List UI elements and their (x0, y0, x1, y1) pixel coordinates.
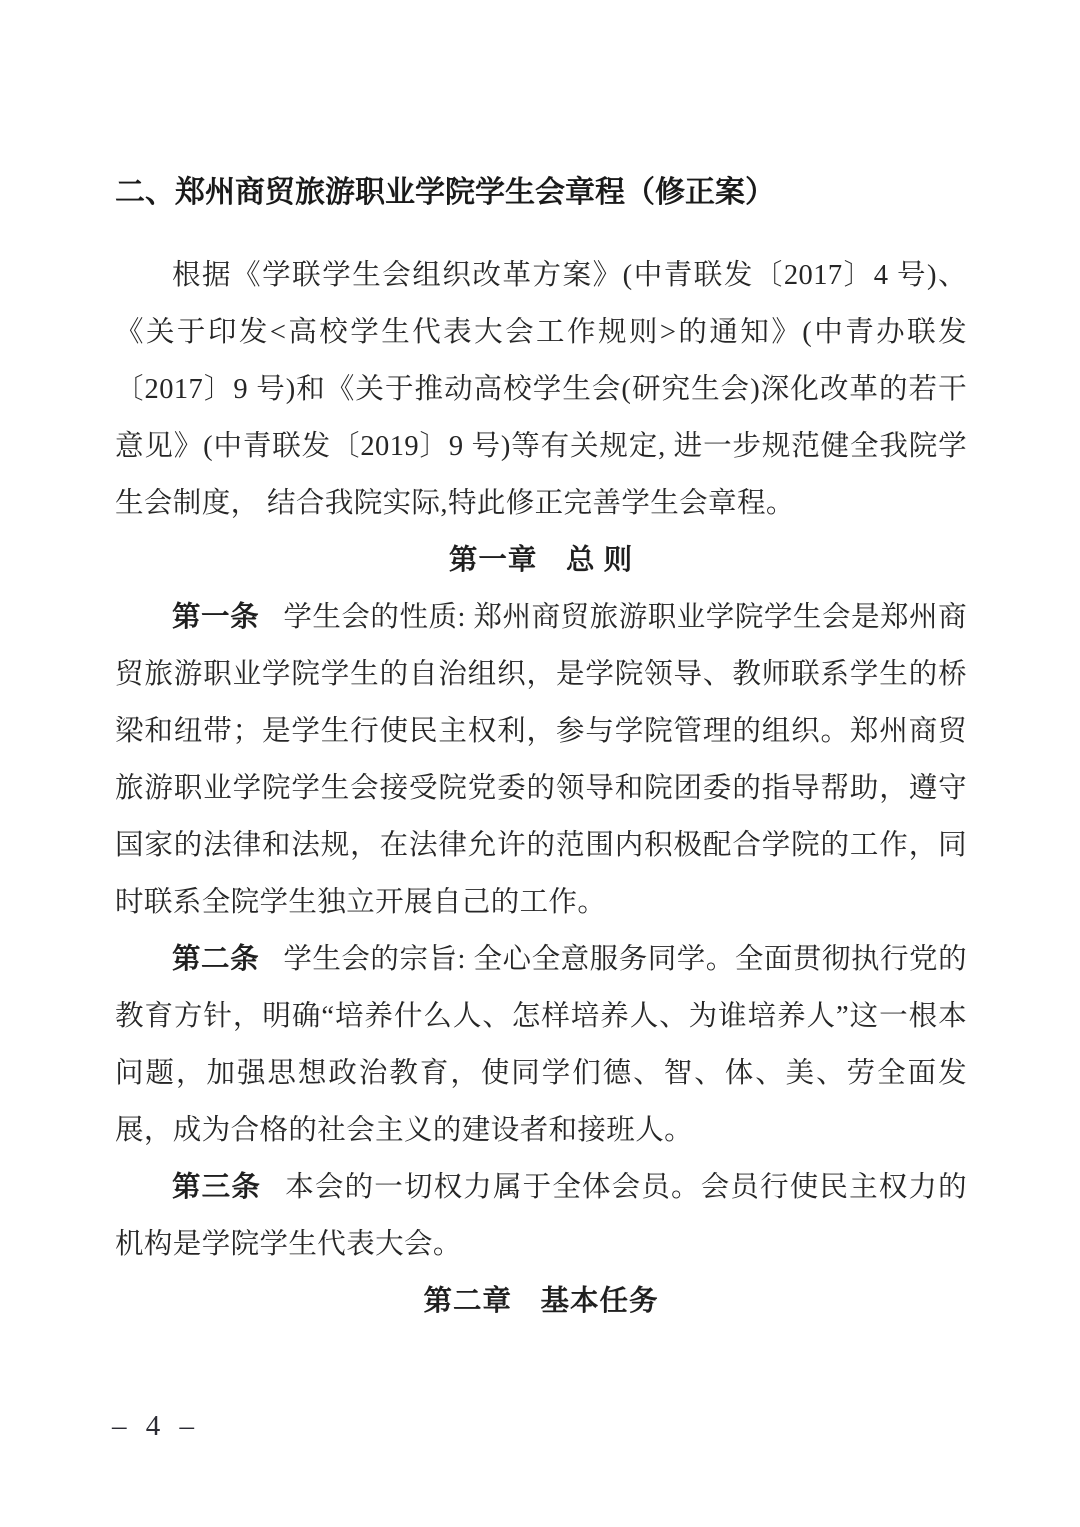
chapter-2-heading: 第二章基本任务 (115, 1273, 967, 1330)
article-3-label: 第三条 (172, 1172, 261, 1203)
article-1-label: 第一条 (172, 602, 259, 633)
page-number: – 4 – (112, 1404, 200, 1448)
document-page: 二、郑州商贸旅游职业学院学生会章程（修正案） 根据《学联学生会组织改革方案》(中… (0, 0, 1080, 1527)
document-title: 二、郑州商贸旅游职业学院学生会章程（修正案） (115, 172, 967, 214)
article-2-label: 第二条 (172, 944, 259, 975)
article-1-text: 学生会的性质: 郑州商贸旅游职业学院学生会是郑州商贸旅游职业学院学生的自治组织，… (115, 602, 967, 918)
article-2-paragraph: 第二条学生会的宗旨: 全心全意服务同学。全面贯彻执行党的教育方针，明确“培养什么… (115, 931, 967, 1159)
chapter-1-heading: 第一章总 则 (115, 532, 967, 589)
article-1-paragraph: 第一条学生会的性质: 郑州商贸旅游职业学院学生会是郑州商贸旅游职业学院学生的自治… (115, 589, 967, 931)
chapter-1-number: 第一章 (449, 545, 538, 576)
intro-paragraph: 根据《学联学生会组织改革方案》(中青联发〔2017〕4 号)、《关于印发<高校学… (115, 247, 967, 532)
article-3-paragraph: 第三条本会的一切权力属于全体会员。会员行使民主权力的机构是学院学生代表大会。 (115, 1159, 967, 1273)
chapter-2-number: 第二章 (423, 1286, 512, 1317)
document-content: 二、郑州商贸旅游职业学院学生会章程（修正案） 根据《学联学生会组织改革方案》(中… (115, 0, 967, 1330)
chapter-2-title: 基本任务 (541, 1286, 659, 1317)
chapter-1-title: 总 则 (566, 545, 633, 576)
